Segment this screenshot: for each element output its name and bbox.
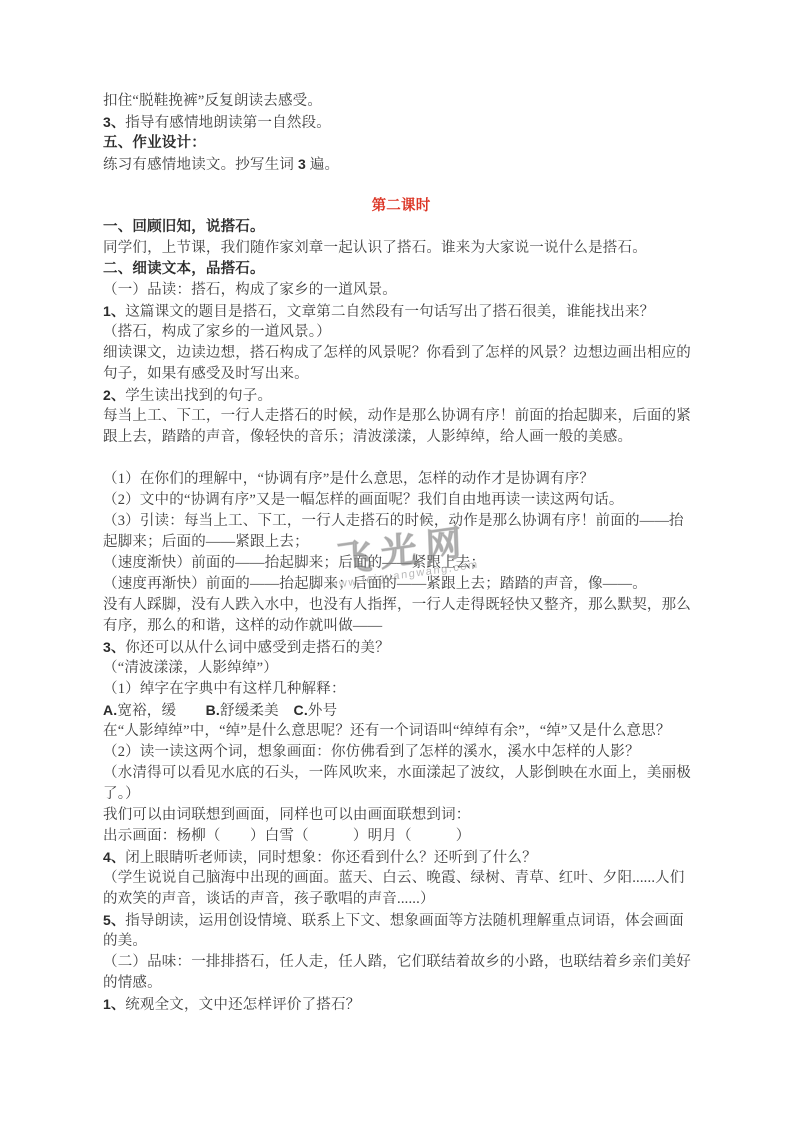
list-number: C. (294, 702, 308, 718)
text-run: （2）文中的“协调有序”又是一幅怎样的画面呢？我们自由地再读一读这两句话。 (103, 492, 624, 508)
text-run: 句子，如果有感受及时写出来。 (103, 366, 309, 382)
text-run: 舒缓柔美 (220, 703, 294, 719)
text-run: 你还可以从什么词中感受到走搭石的美？ (125, 640, 390, 656)
text-line: （学生说说自己脑海中出现的画面。蓝天、白云、晚霞、绿树、青草、红叶、夕阳....… (103, 868, 723, 889)
text-line: （一）品读：搭石，构成了家乡的一道风景。 (103, 280, 723, 301)
text-line: 没有人踩脚，没有人跌入水中，也没有人指挥，一行人走得既轻快又整齐，那么默契，那么 (103, 595, 723, 616)
list-number: 2、 (103, 387, 125, 403)
text-run: 在“人影绰绰”中，“绰”是什么意思呢？还有一个词语叫“绰绰有余”，“绰”又是什么… (103, 723, 671, 739)
list-number: 1、 (103, 303, 125, 319)
text-line: 3、你还可以从什么词中感受到走搭石的美？ (103, 637, 723, 658)
text-line: 1、统观全文，文中还怎样评价了搭石？ (103, 994, 723, 1015)
text-line: （“清波漾漾，人影绰绰”） (103, 658, 723, 679)
text-run: 指导朗读，运用创设情境、联系上下文、想象画面等方法随机理解重点词语，体会画面 (125, 913, 684, 929)
text-run: （一）品读：搭石，构成了家乡的一道风景。 (103, 282, 397, 298)
text-line: 2、学生读出找到的句子。 (103, 385, 723, 406)
text-run: （2）读一读这两个词，想象画面：你仿佛看到了怎样的溪水，溪水中怎样的人影？ (103, 744, 640, 760)
text-run: 五、作业设计： (103, 135, 206, 151)
text-line: （二）品味：一排排搭石，任人走，任人踏，它们联结着故乡的小路，也联结着乡亲们美好 (103, 952, 723, 973)
text-line: 一、回顾旧知，说搭石。 (103, 217, 723, 238)
text-line: 的欢笑的声音，谈话的声音，孩子歌唱的声音......） (103, 889, 723, 910)
text-line: 每当上工、下工，一行人走搭石的时候，动作是那么协调有序！前面的抬起脚来，后面的紧 (103, 406, 723, 427)
text-line: 的情感。 (103, 973, 723, 994)
text-run: 的欢笑的声音，谈话的声音，孩子歌唱的声音......） (103, 891, 435, 907)
blank-line (103, 448, 723, 469)
text-line: 1、这篇课文的题目是搭石，文章第二自然段有一句话写出了搭石很美，谁能找出来？ (103, 301, 723, 322)
text-run: 二、细读文本，品搭石。 (103, 261, 265, 277)
text-run: 的情感。 (103, 975, 162, 991)
list-number: 3、 (103, 639, 125, 655)
blank-line (103, 175, 723, 196)
text-run: （水清得可以看见水底的石头，一阵风吹来，水面漾起了波纹，人影倒映在水面上，美丽极 (103, 765, 691, 781)
text-line: 二、细读文本，品搭石。 (103, 259, 723, 280)
text-line: 同学们，上节课，我们随作家刘章一起认识了搭石。谁来为大家说一说什么是搭石。 (103, 238, 723, 259)
text-run: （速度再渐快）前面的——抬起脚来；后面的——紧跟上去；踏踏的声音，像——。 (103, 576, 647, 592)
text-run: 没有人踩脚，没有人跌入水中，也没有人指挥，一行人走得既轻快又整齐，那么默契，那么 (103, 597, 691, 613)
text-run: （1）在你们的理解中，“协调有序”是什么意思，怎样的动作才是协调有序？ (103, 471, 594, 487)
text-run: （搭石，构成了家乡的一道风景。） (103, 324, 331, 340)
text-line: （2）文中的“协调有序”又是一幅怎样的画面呢？我们自由地再读一读这两句话。 (103, 490, 723, 511)
text-run: 有序，那么的和谐，这样的动作就叫做—— (103, 618, 382, 634)
text-line: （速度渐快）前面的——抬起脚来；后面的——紧跟上去； (103, 553, 723, 574)
text-run: 指导有感情地朗读第一自然段。 (125, 115, 331, 131)
text-line: 我们可以由词联想到画面，同样也可以由画面联想到词： (103, 805, 723, 826)
text-run: 闭上眼睛听老师读，同时想象：你还看到什么？还听到了什么？ (125, 850, 537, 866)
text-run: （二）品味：一排排搭石，任人走，任人踏，它们联结着故乡的小路，也联结着乡亲们美好 (103, 954, 691, 970)
text-run: 的美。 (103, 933, 147, 949)
text-line: （速度再渐快）前面的——抬起脚来；后面的——紧跟上去；踏踏的声音，像——。 (103, 574, 723, 595)
text-run: 细读课文，边读边想，搭石构成了怎样的风景呢？你看到了怎样的风景？边想边画出相应的 (103, 345, 691, 361)
text-line: 4、闭上眼睛听老师读，同时想象：你还看到什么？还听到了什么？ (103, 847, 723, 868)
text-run: （学生说说自己脑海中出现的画面。蓝天、白云、晚霞、绿树、青草、红叶、夕阳....… (103, 870, 685, 886)
text-run: 我们可以由词联想到画面，同样也可以由画面联想到词： (103, 807, 471, 823)
text-run: 了。） (103, 786, 140, 802)
text-line: （2）读一读这两个词，想象画面：你仿佛看到了怎样的溪水，溪水中怎样的人影？ (103, 742, 723, 763)
text-line: 起脚来；后面的——紧跟上去； (103, 532, 723, 553)
text-line: （3）引读：每当上工、下工，一行人走搭石的时候，动作是那么协调有序！前面的——抬 (103, 511, 723, 532)
text-run: 学生读出找到的句子。 (125, 388, 272, 404)
text-run: （3）引读：每当上工、下工，一行人走搭石的时候，动作是那么协调有序！前面的——抬 (103, 513, 684, 529)
list-number: 3 (298, 156, 306, 172)
text-run: 出示画面：杨柳（ ）白雪（ ）明月（ ） (103, 828, 471, 844)
text-line: 练习有感情地读文。抄写生词 3 遍。 (103, 154, 723, 175)
list-number: 3、 (103, 114, 125, 130)
list-number: A. (103, 702, 117, 718)
text-run: 跟上去，踏踏的声音，像轻快的音乐；清波漾漾，人影绰绰，给人画一般的美感。 (103, 429, 632, 445)
text-line: （1）绰字在字典中有这样几种解释： (103, 679, 723, 700)
text-line: （水清得可以看见水底的石头，一阵风吹来，水面漾起了波纹，人影倒映在水面上，美丽极 (103, 763, 723, 784)
text-line: 出示画面：杨柳（ ）白雪（ ）明月（ ） (103, 826, 723, 847)
list-number: 1、 (103, 996, 125, 1012)
text-line: 3、指导有感情地朗读第一自然段。 (103, 112, 723, 133)
text-run: 一、回顾旧知，说搭石。 (103, 219, 265, 235)
text-line: （搭石，构成了家乡的一道风景。） (103, 322, 723, 343)
text-line: 5、指导朗读，运用创设情境、联系上下文、想象画面等方法随机理解重点词语，体会画面 (103, 910, 723, 931)
text-run: （1）绰字在字典中有这样几种解释： (103, 681, 346, 697)
text-line: A.宽裕，缓 B.舒缓柔美 C.外号 (103, 700, 723, 721)
text-run: 起脚来；后面的——紧跟上去； (103, 534, 309, 550)
list-number: B. (206, 702, 220, 718)
text-line: 扣住“脱鞋挽裤”反复朗读去感受。 (103, 91, 723, 112)
document-body: 扣住“脱鞋挽裤”反复朗读去感受。3、指导有感情地朗读第一自然段。五、作业设计：练… (103, 91, 723, 1015)
text-line: 第二课时 (103, 196, 699, 217)
text-run: 第二课时 (372, 198, 431, 214)
text-run: 每当上工、下工，一行人走搭石的时候，动作是那么协调有序！前面的抬起脚来，后面的紧 (103, 408, 691, 424)
text-run: 外号 (308, 703, 337, 719)
list-number: 4、 (103, 849, 125, 865)
text-line: 跟上去，踏踏的声音，像轻快的音乐；清波漾漾，人影绰绰，给人画一般的美感。 (103, 427, 723, 448)
text-run: 练习有感情地读文。抄写生词 (103, 157, 298, 173)
text-run: 宽裕，缓 (117, 703, 205, 719)
text-run: 遍。 (306, 157, 339, 173)
text-line: （1）在你们的理解中，“协调有序”是什么意思，怎样的动作才是协调有序？ (103, 469, 723, 490)
text-line: 句子，如果有感受及时写出来。 (103, 364, 723, 385)
text-line: 的美。 (103, 931, 723, 952)
text-line: 有序，那么的和谐，这样的动作就叫做—— (103, 616, 723, 637)
text-line: 在“人影绰绰”中，“绰”是什么意思呢？还有一个词语叫“绰绰有余”，“绰”又是什么… (103, 721, 723, 742)
list-number: 5、 (103, 912, 125, 928)
text-run: 同学们，上节课，我们随作家刘章一起认识了搭石。谁来为大家说一说什么是搭石。 (103, 240, 647, 256)
text-line: 五、作业设计： (103, 133, 723, 154)
text-run: （“清波漾漾，人影绰绰”） (103, 660, 278, 676)
text-line: 细读课文，边读边想，搭石构成了怎样的风景呢？你看到了怎样的风景？边想边画出相应的 (103, 343, 723, 364)
document-page: { "page": { "background": "#ffffff", "te… (0, 0, 793, 1122)
text-run: （速度渐快）前面的——抬起脚来；后面的——紧跟上去； (103, 555, 485, 571)
text-line: 了。） (103, 784, 723, 805)
text-run: 这篇课文的题目是搭石，文章第二自然段有一句话写出了搭石很美，谁能找出来？ (125, 304, 654, 320)
text-run: 统观全文，文中还怎样评价了搭石？ (125, 997, 360, 1013)
text-run: 扣住“脱鞋挽裤”反复朗读去感受。 (103, 93, 322, 109)
